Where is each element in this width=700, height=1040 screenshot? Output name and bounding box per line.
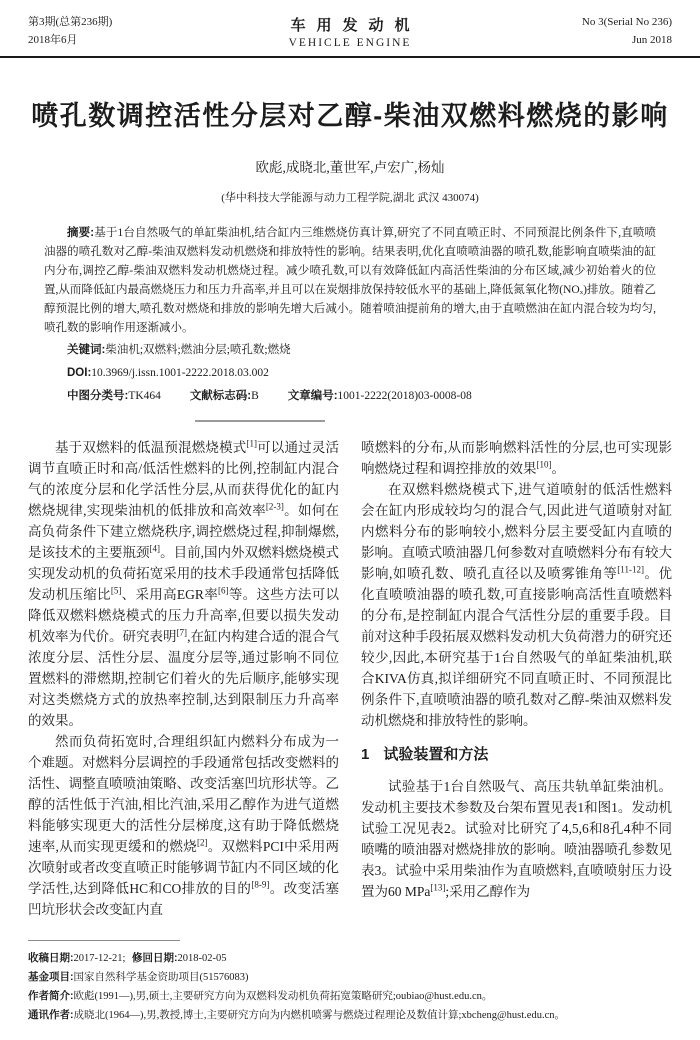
body-paragraph: 喷燃料的分布,从而影响燃料活性的分层,也可实现影响燃烧过程和调控排放的效果[10… bbox=[361, 437, 672, 479]
corresponding-author-label: 通讯作者: bbox=[28, 1009, 74, 1021]
right-column: 喷燃料的分布,从而影响燃料活性的分层,也可实现影响燃烧过程和调控排放的效果[10… bbox=[361, 437, 672, 920]
issue-number-en: No 3(Serial No 236) bbox=[497, 13, 672, 31]
abstract-meta-block: 摘要:基于1台自然吸气的单缸柴油机,结合缸内三维燃烧仿真计算,研究了不同直喷正时… bbox=[44, 224, 656, 407]
issue-info-en: No 3(Serial No 236) Jun 2018 bbox=[497, 13, 672, 49]
doc-code-item: 文献标志码:B bbox=[190, 390, 259, 402]
fund-text: 国家自然科学基金资助项目(51576083) bbox=[74, 972, 249, 983]
corresponding-author-text: 成晓北(1964—),男,教授,博士,主要研究方向为内燃机喷雾与燃烧过程理论及数… bbox=[74, 1010, 565, 1021]
fund-label: 基金项目: bbox=[28, 971, 74, 983]
section-number: 1 bbox=[361, 746, 369, 763]
author-bio-text: 欧彪(1991—),男,硕士,主要研究方向为双燃料发动机负荷拓宽策略研究;oub… bbox=[74, 991, 493, 1002]
issue-info-cn: 第3期(总第236期) 2018年6月 bbox=[28, 13, 203, 49]
footnote-rule bbox=[28, 940, 180, 941]
title-body-divider bbox=[195, 420, 325, 422]
corresponding-author-line: 通讯作者:成晓北(1964—),男,教授,博士,主要研究方向为内燃机喷雾与燃烧过… bbox=[28, 1006, 666, 1025]
clc-label: 中图分类号: bbox=[67, 390, 128, 402]
journal-title-block: 车用发动机 VEHICLE ENGINE bbox=[203, 14, 497, 49]
revised-label: 修回日期: bbox=[132, 952, 178, 964]
received-label: 收稿日期: bbox=[28, 952, 74, 964]
fund-line: 基金项目:国家自然科学基金资助项目(51576083) bbox=[28, 968, 666, 987]
left-column: 基于双燃料的低温预混燃烧模式[1]可以通过灵活调节直喷正时和高/低活性燃料的比例… bbox=[28, 437, 339, 920]
journal-title-en: VEHICLE ENGINE bbox=[203, 37, 497, 49]
doi-line: DOI:10.3969/j.issn.1001-2222.2018.03.002 bbox=[44, 363, 656, 384]
article-no-item: 文章编号:1001-2222(2018)03-0008-08 bbox=[288, 390, 472, 402]
section-1-heading: 1试验装置和方法 bbox=[361, 744, 672, 765]
received-revised-line: 收稿日期:2017-12-21; 修回日期:2018-02-05 bbox=[28, 949, 666, 968]
author-bio-line: 作者简介:欧彪(1991—),男,硕士,主要研究方向为双燃料发动机负荷拓宽策略研… bbox=[28, 987, 666, 1006]
paper-page: 第3期(总第236期) 2018年6月 车用发动机 VEHICLE ENGINE… bbox=[0, 0, 700, 920]
issue-date-cn: 2018年6月 bbox=[28, 31, 203, 49]
article-title: 喷孔数调控活性分层对乙醇-柴油双燃料燃烧的影响 bbox=[24, 98, 676, 134]
footnote-area: 收稿日期:2017-12-21; 修回日期:2018-02-05 基金项目:国家… bbox=[28, 940, 666, 1025]
affiliation: (华中科技大学能源与动力工程学院,湖北 武汉 430074) bbox=[0, 189, 700, 205]
article-no-label: 文章编号: bbox=[288, 390, 338, 402]
body-paragraph: 然而负荷拓宽时,合理组织缸内燃料分布成为一个难题。对燃料分层调控的手段通常包括改… bbox=[28, 731, 339, 920]
article-no-value: 1001-2222(2018)03-0008-08 bbox=[338, 390, 472, 402]
journal-title-cn: 车用发动机 bbox=[203, 14, 497, 35]
clc-item: 中图分类号:TK464 bbox=[67, 390, 161, 402]
doi-value: 10.3969/j.issn.1001-2222.2018.03.002 bbox=[91, 367, 269, 379]
doi-label: DOI: bbox=[67, 367, 91, 379]
article-body: 基于双燃料的低温预混燃烧模式[1]可以通过灵活调节直喷正时和高/低活性燃料的比例… bbox=[28, 437, 672, 920]
keywords-label: 关键词: bbox=[67, 344, 105, 356]
abstract-label: 摘要: bbox=[67, 227, 94, 239]
keywords-line: 关键词:柴油机;双燃料;燃油分层;喷孔数;燃烧 bbox=[44, 340, 656, 361]
classification-line: 中图分类号:TK464 文献标志码:B 文章编号:1001-2222(2018)… bbox=[44, 386, 656, 407]
journal-header: 第3期(总第236期) 2018年6月 车用发动机 VEHICLE ENGINE… bbox=[0, 0, 700, 58]
author-list: 欧彪,成晓北,董世军,卢宏广,杨灿 bbox=[0, 156, 700, 176]
keywords-text: 柴油机;双燃料;燃油分层;喷孔数;燃烧 bbox=[105, 344, 290, 356]
issue-date-en: Jun 2018 bbox=[497, 31, 672, 49]
abstract-text: 基于1台自然吸气的单缸柴油机,结合缸内三维燃烧仿真计算,研究了不同直喷正时、不同… bbox=[44, 227, 656, 334]
doc-code-label: 文献标志码: bbox=[190, 390, 251, 402]
revised-date: 2018-02-05 bbox=[178, 953, 227, 964]
author-bio-label: 作者简介: bbox=[28, 990, 74, 1002]
issue-number-cn: 第3期(总第236期) bbox=[28, 13, 203, 31]
doc-code-value: B bbox=[251, 390, 259, 402]
clc-value: TK464 bbox=[128, 390, 161, 402]
section-title: 试验装置和方法 bbox=[383, 746, 488, 763]
body-paragraph: 试验基于1台自然吸气、高压共轨单缸柴油机。发动机主要技术参数及台架布置见表1和图… bbox=[361, 776, 672, 902]
abstract: 摘要:基于1台自然吸气的单缸柴油机,结合缸内三维燃烧仿真计算,研究了不同直喷正时… bbox=[44, 224, 656, 338]
body-paragraph: 在双燃料燃烧模式下,进气道喷射的低活性燃料会在缸内形成较均匀的混合气,因此进气道… bbox=[361, 479, 672, 731]
body-paragraph: 基于双燃料的低温预混燃烧模式[1]可以通过灵活调节直喷正时和高/低活性燃料的比例… bbox=[28, 437, 339, 731]
received-date: 2017-12-21; bbox=[74, 953, 126, 964]
